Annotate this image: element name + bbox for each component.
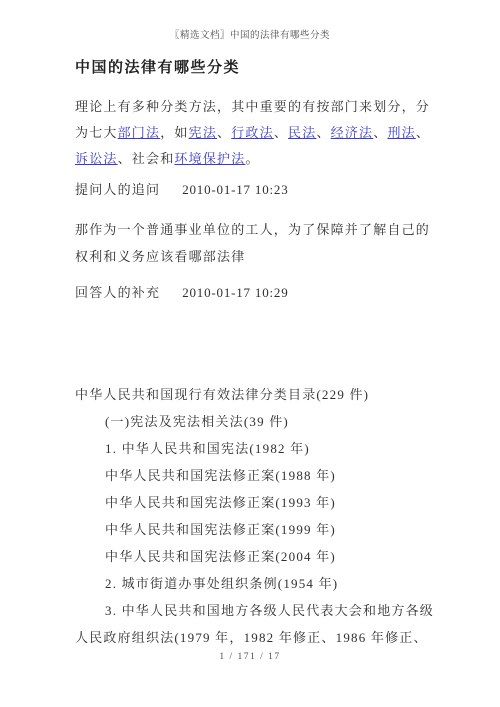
catalog-item: 2. 城市街道办事处组织条例(1954 年)	[75, 570, 434, 597]
link-bumenfa[interactable]: 部门法	[118, 125, 161, 140]
intro-text: 、	[373, 125, 387, 140]
link-xingfa[interactable]: 刑法	[387, 125, 415, 140]
question-line-2: 权利和义务应该看哪部法律	[75, 243, 430, 270]
intro-line-1: 理论上有多种分类方法，其中重要的有按部门来划分，分	[75, 94, 430, 120]
intro-line-3: 诉讼法、社会和环境保护法。	[75, 146, 430, 172]
ask-timestamp: 2010-01-17 10:23	[182, 182, 288, 197]
catalog-item: 中华人民共和国宪法修正案(1993 年)	[75, 489, 434, 516]
catalog-item: 中华人民共和国宪法修正案(1988 年)	[75, 462, 434, 489]
intro-text: 、	[316, 125, 330, 140]
catalog-item: 中华人民共和国宪法修正案(2004 年)	[75, 543, 434, 570]
intro-text: 、	[416, 125, 430, 140]
question-line-1: 那作为一个普通事业单位的工人，为了保障并了解自己的	[75, 216, 430, 243]
link-huanjingbaohufa[interactable]: 环境保护法	[174, 151, 245, 166]
answer-label: 回答人的补充	[75, 285, 160, 300]
catalog-item: 中华人民共和国宪法修正案(1999 年)	[75, 516, 434, 543]
link-jingjifa[interactable]: 经济法	[331, 125, 374, 140]
link-xingzhengfa[interactable]: 行政法	[231, 125, 274, 140]
link-susongfa[interactable]: 诉讼法	[75, 151, 118, 166]
catalog-item: 1. 中华人民共和国宪法(1982 年)	[75, 435, 434, 462]
document-header: 〖精选文档〗中国的法律有哪些分类	[0, 27, 500, 41]
page-number-footer: 1 / 171 / 17	[0, 652, 500, 662]
intro-text: ，如	[160, 125, 188, 140]
answer-timestamp: 2010-01-17 10:29	[182, 285, 288, 300]
document-page: 〖精选文档〗中国的法律有哪些分类 中国的法律有哪些分类 理论上有多种分类方法，其…	[0, 0, 500, 707]
page-title: 中国的法律有哪些分类	[75, 56, 240, 77]
catalog-item: 3. 中华人民共和国地方各级人民代表大会和地方各级	[75, 597, 434, 624]
answer-meta-line: 回答人的补充2010-01-17 10:29	[75, 282, 289, 301]
link-xianfa[interactable]: 宪法	[189, 125, 217, 140]
intro-text: 。	[245, 151, 259, 166]
intro-text: 、社会和	[118, 151, 175, 166]
ask-meta-line: 提问人的追问2010-01-17 10:23	[75, 179, 289, 198]
catalog-item-continuation: 人民政府组织法(1979 年，1982 年修正、1986 年修正、	[75, 624, 434, 651]
link-minfa[interactable]: 民法	[288, 125, 316, 140]
ask-label: 提问人的追问	[75, 182, 160, 197]
intro-paragraph: 理论上有多种分类方法，其中重要的有按部门来划分，分 为七大部门法，如宪法、行政法…	[75, 94, 430, 172]
intro-text: 为七大	[75, 125, 118, 140]
law-catalog: 中华人民共和国现行有效法律分类目录(229 件) (一)宪法及宪法相关法(39 …	[75, 381, 434, 651]
intro-text: 理论上有多种分类方法，其中重要的有按部门来划分，分	[75, 99, 430, 114]
intro-text: 、	[274, 125, 288, 140]
catalog-item: (一)宪法及宪法相关法(39 件)	[75, 408, 434, 435]
intro-text: 、	[217, 125, 231, 140]
intro-line-2: 为七大部门法，如宪法、行政法、民法、经济法、刑法、	[75, 120, 430, 146]
catalog-title: 中华人民共和国现行有效法律分类目录(229 件)	[75, 381, 434, 408]
question-paragraph: 那作为一个普通事业单位的工人，为了保障并了解自己的 权利和义务应该看哪部法律	[75, 216, 430, 270]
